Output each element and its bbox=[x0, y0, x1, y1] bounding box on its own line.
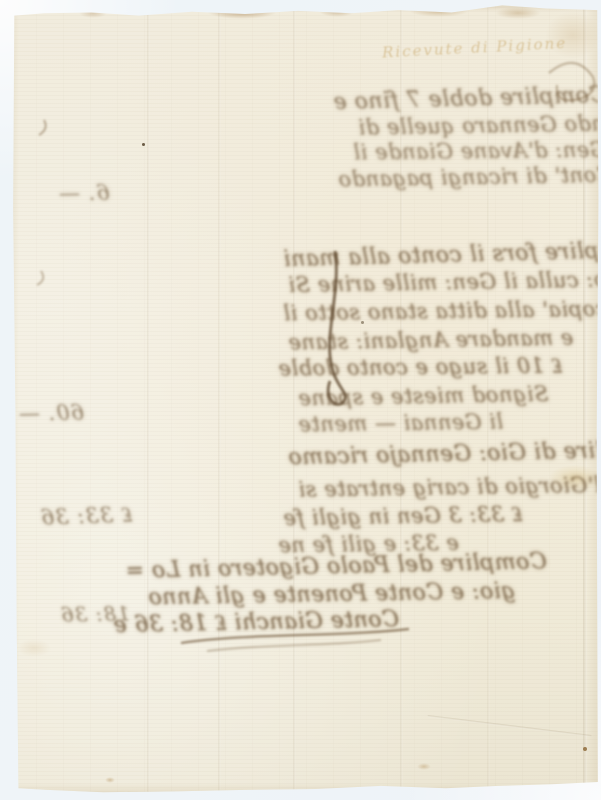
margin-amount: 18: 36 bbox=[60, 601, 130, 626]
bleedthrough-line: Gen: d'Avane Giande il bbox=[353, 138, 601, 165]
bleedthrough-line: Cont' di ricangi pagando bbox=[338, 163, 601, 192]
bleedthrough-line: pagando Gennaro quelle di bbox=[358, 110, 601, 139]
edge-stain bbox=[319, 6, 355, 17]
bleedthrough-line: ₤ 33: 3 Gen in gigli fe bbox=[283, 502, 523, 531]
manuscript-page: Ricevute di Pigione Conto Giusti — Compl… bbox=[9, 3, 599, 793]
edge-stain bbox=[79, 9, 107, 18]
stray-curl-mark bbox=[37, 271, 43, 285]
stray-curl-mark bbox=[39, 120, 46, 135]
bleedthrough-line: e mandare Anglani: stane bbox=[288, 326, 574, 355]
fold-crease bbox=[293, 3, 296, 793]
margin-amount: ₤ 33: 36 bbox=[40, 502, 133, 530]
bleedthrough-line: ₤ 10 il sugo e conto doble bbox=[278, 354, 562, 382]
ink-underline-flourish bbox=[207, 640, 381, 651]
edge-stain bbox=[409, 5, 469, 17]
bleedthrough-line: Conte Gianchi ₤ 18: 36 e bbox=[113, 606, 399, 638]
margin-amount: 60. — bbox=[18, 400, 84, 425]
ink-speck bbox=[583, 747, 587, 751]
bleedthrough-line: Conto Giusti — Complire doble 7 fino e bbox=[333, 78, 601, 115]
bleedthrough-line: li Gennai — mente bbox=[298, 410, 504, 437]
margin-amount: 6. — bbox=[58, 181, 110, 206]
bleedthrough-line: copia' alla ditta stano sotto il bbox=[283, 297, 601, 326]
faded-annotation: Ricevute di Pigione bbox=[382, 34, 558, 61]
foxing-spot bbox=[417, 763, 431, 770]
bleedthrough-line: Silba — Complire fors il conto alla mani bbox=[283, 235, 601, 272]
bleedthrough-line: gio: e Conte Ponente e gli Anno bbox=[148, 579, 516, 610]
ink-speck bbox=[142, 143, 145, 146]
bleedthrough-line: Gio: culla il Gen: mille arine Si bbox=[288, 267, 601, 297]
edge-stain bbox=[207, 5, 277, 19]
fold-crease bbox=[427, 715, 591, 737]
bleedthrough-line: Legali — Complire di Gio: Gennajo ricamo bbox=[288, 435, 601, 470]
paper-stain bbox=[17, 639, 51, 657]
foxing-spot bbox=[105, 777, 115, 783]
bleedthrough-line: Signod mieste e spane bbox=[298, 382, 549, 410]
bleedthrough-line: Si l'Giorgio di carig entrate si bbox=[298, 472, 601, 501]
fold-crease bbox=[147, 3, 150, 793]
scanner-background: Ricevute di Pigione Conto Giusti — Compl… bbox=[0, 0, 601, 800]
edge-stain bbox=[495, 7, 541, 19]
fold-crease bbox=[218, 3, 221, 793]
